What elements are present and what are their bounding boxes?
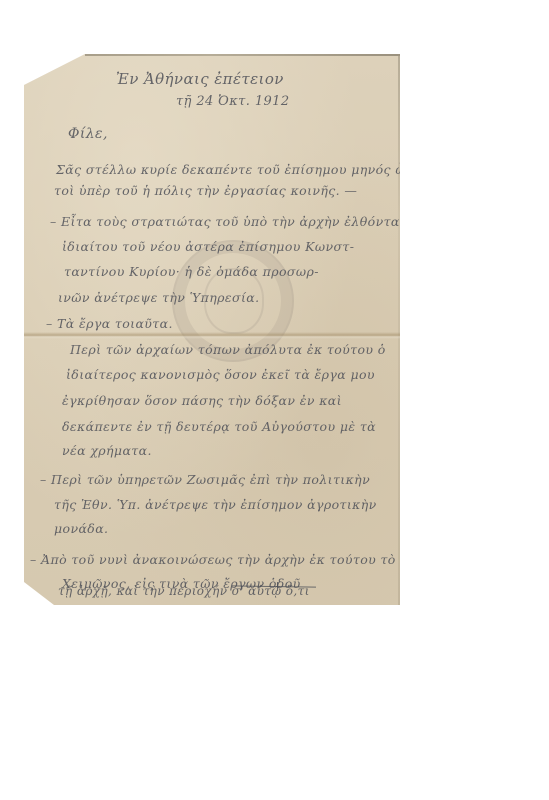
letter-place-line: Ἐν Ἀθήναις ἐπέτειον (116, 70, 284, 88)
letter-salutation: Φίλε, (68, 126, 108, 142)
letter-line-2: τοὶ ὑπὲρ τοῦ ἡ πόλις τὴν ἐργασίας κοινῆς… (54, 183, 357, 198)
page-top-edge (85, 54, 400, 56)
letter-line-7: – Τὰ ἔργα τοιαῦτα. (46, 316, 173, 331)
letter-line-14: τῆς Ἐθν. Ὑπ. ἀνέτρεψε τὴν ἐπίσημον ἀγροτ… (54, 497, 377, 512)
horizontal-fold-crease (24, 332, 400, 339)
letter-date-line: τῇ 24 Ὀκτ. 1912 (176, 94, 290, 109)
letter-line-12: νέα χρήματα. (62, 443, 152, 458)
scanned-letter-page: Ἐν Ἀθήναις ἐπέτειον τῇ 24 Ὀκτ. 1912 Φίλε… (24, 54, 400, 605)
letter-line-16: – Ἀπὸ τοῦ νυνὶ ἀνακοινώσεως τὴν ἀρχὴν ἐκ… (30, 552, 396, 567)
letter-line-5: ταντίνου Κυρίου· ἡ δὲ ὁμάδα προσωρ- (64, 264, 319, 279)
letter-line-6: ινῶν ἀνέτρεψε τὴν Ὑπηρεσία. (58, 290, 260, 305)
letter-line-3: – Εἶτα τοὺς στρατιώτας τοῦ ὑπὸ τὴν ἀρχὴν… (50, 214, 435, 229)
page-right-edge (398, 54, 400, 605)
letter-line-8: Περὶ τῶν ἀρχαίων τόπων ἀπόλυτα ἐκ τούτου… (70, 342, 386, 357)
letter-line-19: μόνον, ὅσον ἐπιθυμεῖτε — (54, 607, 223, 621)
letter-line-1: Σᾶς στέλλω κυρίε δεκαπέντε τοῦ ἐπίσημου … (56, 162, 414, 177)
letter-line-17: Χειμῶνος, εἰς τινὰ τῶν ἔργων ὁδοῦ (62, 576, 301, 591)
letter-line-9: ἰδιαίτερος κανονισμὸς ὅσον ἐκεῖ τὰ ἔργα … (66, 367, 375, 382)
letter-line-4: ἰδιαίτου τοῦ νέου ἀστέρα ἐπίσημου Κωνστ- (62, 239, 354, 254)
letter-line-11: δεκάπεντε ἐν τῇ δευτέρᾳ τοῦ Αὐγούστου μὲ… (62, 419, 376, 434)
letter-line-15: μονάδα. (54, 521, 108, 536)
letter-line-10: ἐγκρίθησαν ὅσον πάσης τὴν δόξαν ἐν καὶ (62, 393, 342, 408)
letter-line-13: – Περὶ τῶν ὑπηρετῶν Ζωσιμᾶς ἐπὶ τὴν πολι… (40, 472, 370, 487)
